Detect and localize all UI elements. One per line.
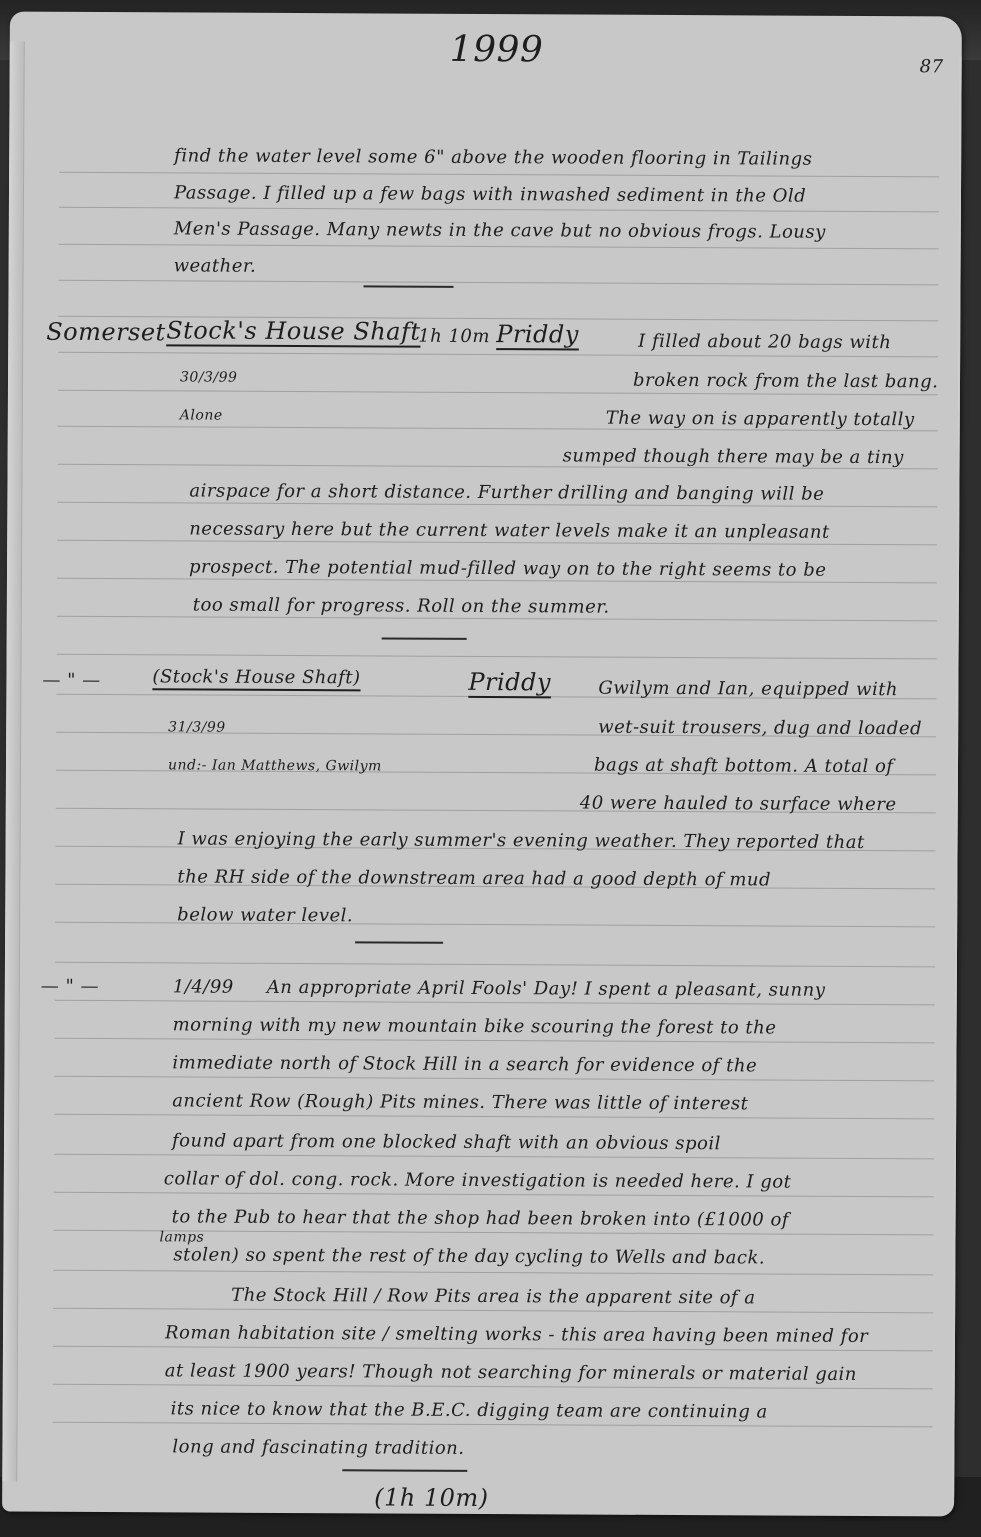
- text-line: ancient Row (Rough) Pits mines. There wa…: [172, 1092, 748, 1113]
- text-line: its nice to know that the B.E.C. digging…: [171, 1400, 768, 1421]
- entry-duration: 1h 10m: [418, 328, 490, 346]
- text-line: The way on is apparently totally: [606, 410, 915, 430]
- text-line: found apart from one blocked shaft with …: [172, 1132, 721, 1153]
- text-line: necessary here but the current water lev…: [189, 520, 830, 541]
- text-line: at least 1900 years! Though not searchin…: [165, 1362, 857, 1384]
- ruled-line: [54, 1076, 934, 1082]
- ruled-line: [53, 1308, 933, 1314]
- text-line: the RH side of the downstream area had a…: [177, 868, 771, 889]
- ruled-line: [55, 1038, 935, 1044]
- entry-county-ditto: — " —: [42, 672, 100, 690]
- text-line: below water level.: [177, 906, 353, 925]
- text-line: sumped though there may be a tiny: [563, 447, 904, 467]
- page-year: 1999: [450, 32, 544, 68]
- margin-note: lamps: [159, 1230, 204, 1244]
- entry-party: und:- Ian Matthews, Gwilym: [168, 758, 382, 773]
- text-line: The Stock Hill / Row Pits area is the ap…: [231, 1287, 755, 1308]
- entry-site: Stock's House Shaft: [166, 318, 420, 343]
- text-line: broken rock from the last bang.: [633, 372, 938, 392]
- text-line: collar of dol. cong. rock. More investig…: [164, 1170, 792, 1191]
- entry-divider: [382, 637, 467, 639]
- entry-site: (Stock's House Shaft): [152, 668, 360, 687]
- text-line: find the water level some 6" above the w…: [174, 147, 812, 168]
- notebook-page: 1999 87 find the water level some 6" abo…: [2, 12, 962, 1517]
- page-binding: [2, 42, 25, 1482]
- entry-location: Priddy: [468, 670, 551, 694]
- text-line: to the Pub to hear that the shop had bee…: [172, 1208, 789, 1229]
- ruled-line: [59, 172, 939, 178]
- ruled-line: [54, 1154, 934, 1160]
- ruled-line: [59, 280, 939, 286]
- entry-county-ditto: — " —: [41, 978, 99, 996]
- ruled-line: [53, 1270, 933, 1276]
- text-line: Gwilym and Ian, equipped with: [598, 680, 898, 700]
- entry-date: 1/4/99: [173, 978, 234, 996]
- entry-divider: [363, 285, 453, 287]
- text-line: stolen) so spent the rest of the day cyc…: [173, 1246, 765, 1267]
- text-line: Roman habitation site / smelting works -…: [165, 1324, 868, 1346]
- text-line: prospect. The potential mud-filled way o…: [189, 558, 826, 579]
- entry-county: Somerset: [46, 320, 166, 345]
- text-line: weather.: [174, 257, 257, 275]
- text-line: 40 were hauled to surface where: [580, 795, 897, 815]
- entry-location: Priddy: [496, 322, 579, 346]
- ruled-line: [57, 654, 937, 660]
- text-line: Men's Passage. Many newts in the cave bu…: [174, 220, 826, 241]
- entry-date: 30/3/99: [180, 370, 238, 384]
- ruled-line: [54, 1114, 934, 1120]
- text-line: bags at shaft bottom. A total of: [594, 757, 894, 777]
- text-line: morning with my new mountain bike scouri…: [173, 1016, 777, 1037]
- text-line: long and fascinating tradition.: [172, 1438, 464, 1458]
- text-line: immediate north of Stock Hill in a searc…: [172, 1054, 757, 1075]
- text-line: Passage. I filled up a few bags with inw…: [174, 184, 806, 205]
- entry-date: 31/3/99: [168, 720, 226, 734]
- ruled-line: [59, 207, 939, 213]
- entry-total-duration: (1h 10m): [374, 1485, 489, 1510]
- text-line: I was enjoying the early summer's evenin…: [178, 830, 865, 852]
- ruled-line: [59, 244, 939, 250]
- ruled-line: [54, 1192, 934, 1198]
- text-line: I filled about 20 bags with: [638, 333, 891, 352]
- entry-divider: [355, 941, 443, 943]
- text-line: too small for progress. Roll on the summ…: [193, 596, 610, 616]
- text-line: airspace for a short distance. Further d…: [189, 482, 824, 503]
- entry-party: Alone: [180, 408, 223, 422]
- ruled-line: [55, 962, 935, 968]
- page-number: 87: [920, 58, 944, 76]
- entry-divider: [342, 1469, 467, 1472]
- ruled-line: [53, 1422, 933, 1428]
- text-line: wet-suit trousers, dug and loaded: [598, 719, 922, 739]
- text-line: An appropriate April Fools' Day! I spent…: [267, 979, 826, 1000]
- page-edge: [952, 56, 962, 1496]
